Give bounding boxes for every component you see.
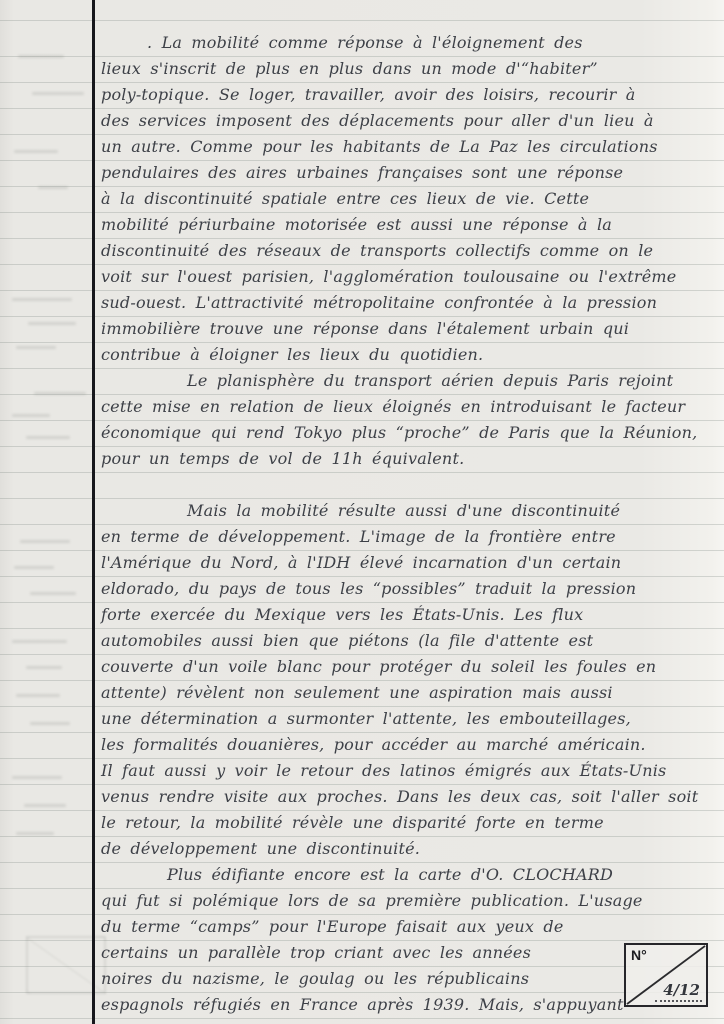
handwritten-text: . La mobilité comme réponse à l'éloignem… xyxy=(101,30,718,1018)
handwritten-line: contribue à éloigner les lieux du quotid… xyxy=(101,342,718,368)
handwritten-line: automobiles aussi bien que piétons (la f… xyxy=(101,628,718,654)
handwritten-line: à la discontinuité spatiale entre ces li… xyxy=(101,186,718,212)
bleedthrough-smudge xyxy=(30,592,76,595)
handwritten-line: discontinuité des réseaux de transports … xyxy=(101,238,718,264)
handwritten-line: un autre. Comme pour les habitants de La… xyxy=(101,134,718,160)
stamp-page-number: 4/12 xyxy=(655,981,702,1002)
handwritten-line: l'Amérique du Nord, à l'IDH élevé incarn… xyxy=(101,550,718,576)
handwritten-line: une détermination a surmonter l'attente,… xyxy=(101,706,718,732)
bleedthrough-smudge xyxy=(16,832,54,835)
handwritten-line: économique qui rend Tokyo plus “proche” … xyxy=(101,420,718,446)
bleedthrough-smudge xyxy=(12,640,67,643)
bleedthrough-smudge xyxy=(24,804,66,807)
handwritten-line: attente) révèlent non seulement une aspi… xyxy=(101,680,718,706)
bleedthrough-smudge xyxy=(14,150,58,153)
handwritten-line: Plus édifiante encore est la carte d'O. … xyxy=(101,862,718,888)
bleedthrough-smudge xyxy=(16,346,56,349)
bleedthrough-smudge xyxy=(20,540,70,543)
stamp-no-label: N° xyxy=(631,947,647,963)
bleedthrough-smudge xyxy=(30,722,70,725)
handwritten-line: Le planisphère du transport aérien depui… xyxy=(101,368,718,394)
handwritten-line: sud-ouest. L'attractivité métropolitaine… xyxy=(101,290,718,316)
bleedthrough-smudge xyxy=(34,392,86,395)
handwritten-line: des services imposent des déplacements p… xyxy=(101,108,718,134)
handwritten-line: Mais la mobilité résulte aussi d'une dis… xyxy=(101,498,718,524)
handwritten-line: mobilité périurbaine motorisée est aussi… xyxy=(101,212,718,238)
handwritten-line: voit sur l'ouest parisien, l'agglomérati… xyxy=(101,264,718,290)
bleedthrough-smudge xyxy=(16,694,60,697)
bleedthrough-smudge xyxy=(32,92,84,95)
notebook-page-scan: . La mobilité comme réponse à l'éloignem… xyxy=(0,0,724,1024)
handwritten-line: le retour, la mobilité révèle une dispar… xyxy=(101,810,718,836)
margin-rule-line xyxy=(92,0,95,1024)
handwritten-line: couverte d'un voile blanc pour protéger … xyxy=(101,654,718,680)
bleedthrough-smudge xyxy=(12,298,72,301)
bleedthrough-smudge xyxy=(14,566,54,569)
handwritten-line: pour un temps de vol de 11h équivalent. xyxy=(101,446,718,472)
handwritten-line: lieux s'inscrit de plus en plus dans un … xyxy=(101,56,718,82)
handwritten-line: immobilière trouve une réponse dans l'ét… xyxy=(101,316,718,342)
handwritten-line: de développement une discontinuité. xyxy=(101,836,718,862)
bleedthrough-smudge xyxy=(26,436,70,439)
bleedthrough-smudge xyxy=(12,776,62,779)
handwritten-line: les formalités douanières, pour accéder … xyxy=(101,732,718,758)
bleedthrough-smudge xyxy=(18,55,64,58)
handwritten-line: du terme “camps” pour l'Europe faisait a… xyxy=(101,914,718,940)
handwritten-line: . La mobilité comme réponse à l'éloignem… xyxy=(101,30,718,56)
paragraph: Le planisphère du transport aérien depui… xyxy=(101,368,718,472)
page-number-stamp: N° 4/12 xyxy=(624,943,708,1007)
handwritten-line: en terme de développement. L'image de la… xyxy=(101,524,718,550)
handwritten-line: cette mise en relation de lieux éloignés… xyxy=(101,394,718,420)
handwritten-line: poly-topique. Se loger, travailler, avoi… xyxy=(101,82,718,108)
handwritten-line: pendulaires des aires urbaines française… xyxy=(101,160,718,186)
handwritten-line: qui fut si polémique lors de sa première… xyxy=(101,888,718,914)
handwritten-line: eldorado, du pays de tous les “possibles… xyxy=(101,576,718,602)
handwritten-line: Il faut aussi y voir le retour des latin… xyxy=(101,758,718,784)
bleedthrough-smudge xyxy=(26,666,62,669)
paragraph: Mais la mobilité résulte aussi d'une dis… xyxy=(101,498,718,862)
paragraph: . La mobilité comme réponse à l'éloignem… xyxy=(101,30,718,368)
bleedthrough-smudge xyxy=(38,186,68,189)
bleedthrough-smudge xyxy=(28,322,76,325)
bleedthrough-smudge xyxy=(12,414,50,417)
handwritten-line: venus rendre visite aux proches. Dans le… xyxy=(101,784,718,810)
handwritten-line: forte exercée du Mexique vers les États-… xyxy=(101,602,718,628)
